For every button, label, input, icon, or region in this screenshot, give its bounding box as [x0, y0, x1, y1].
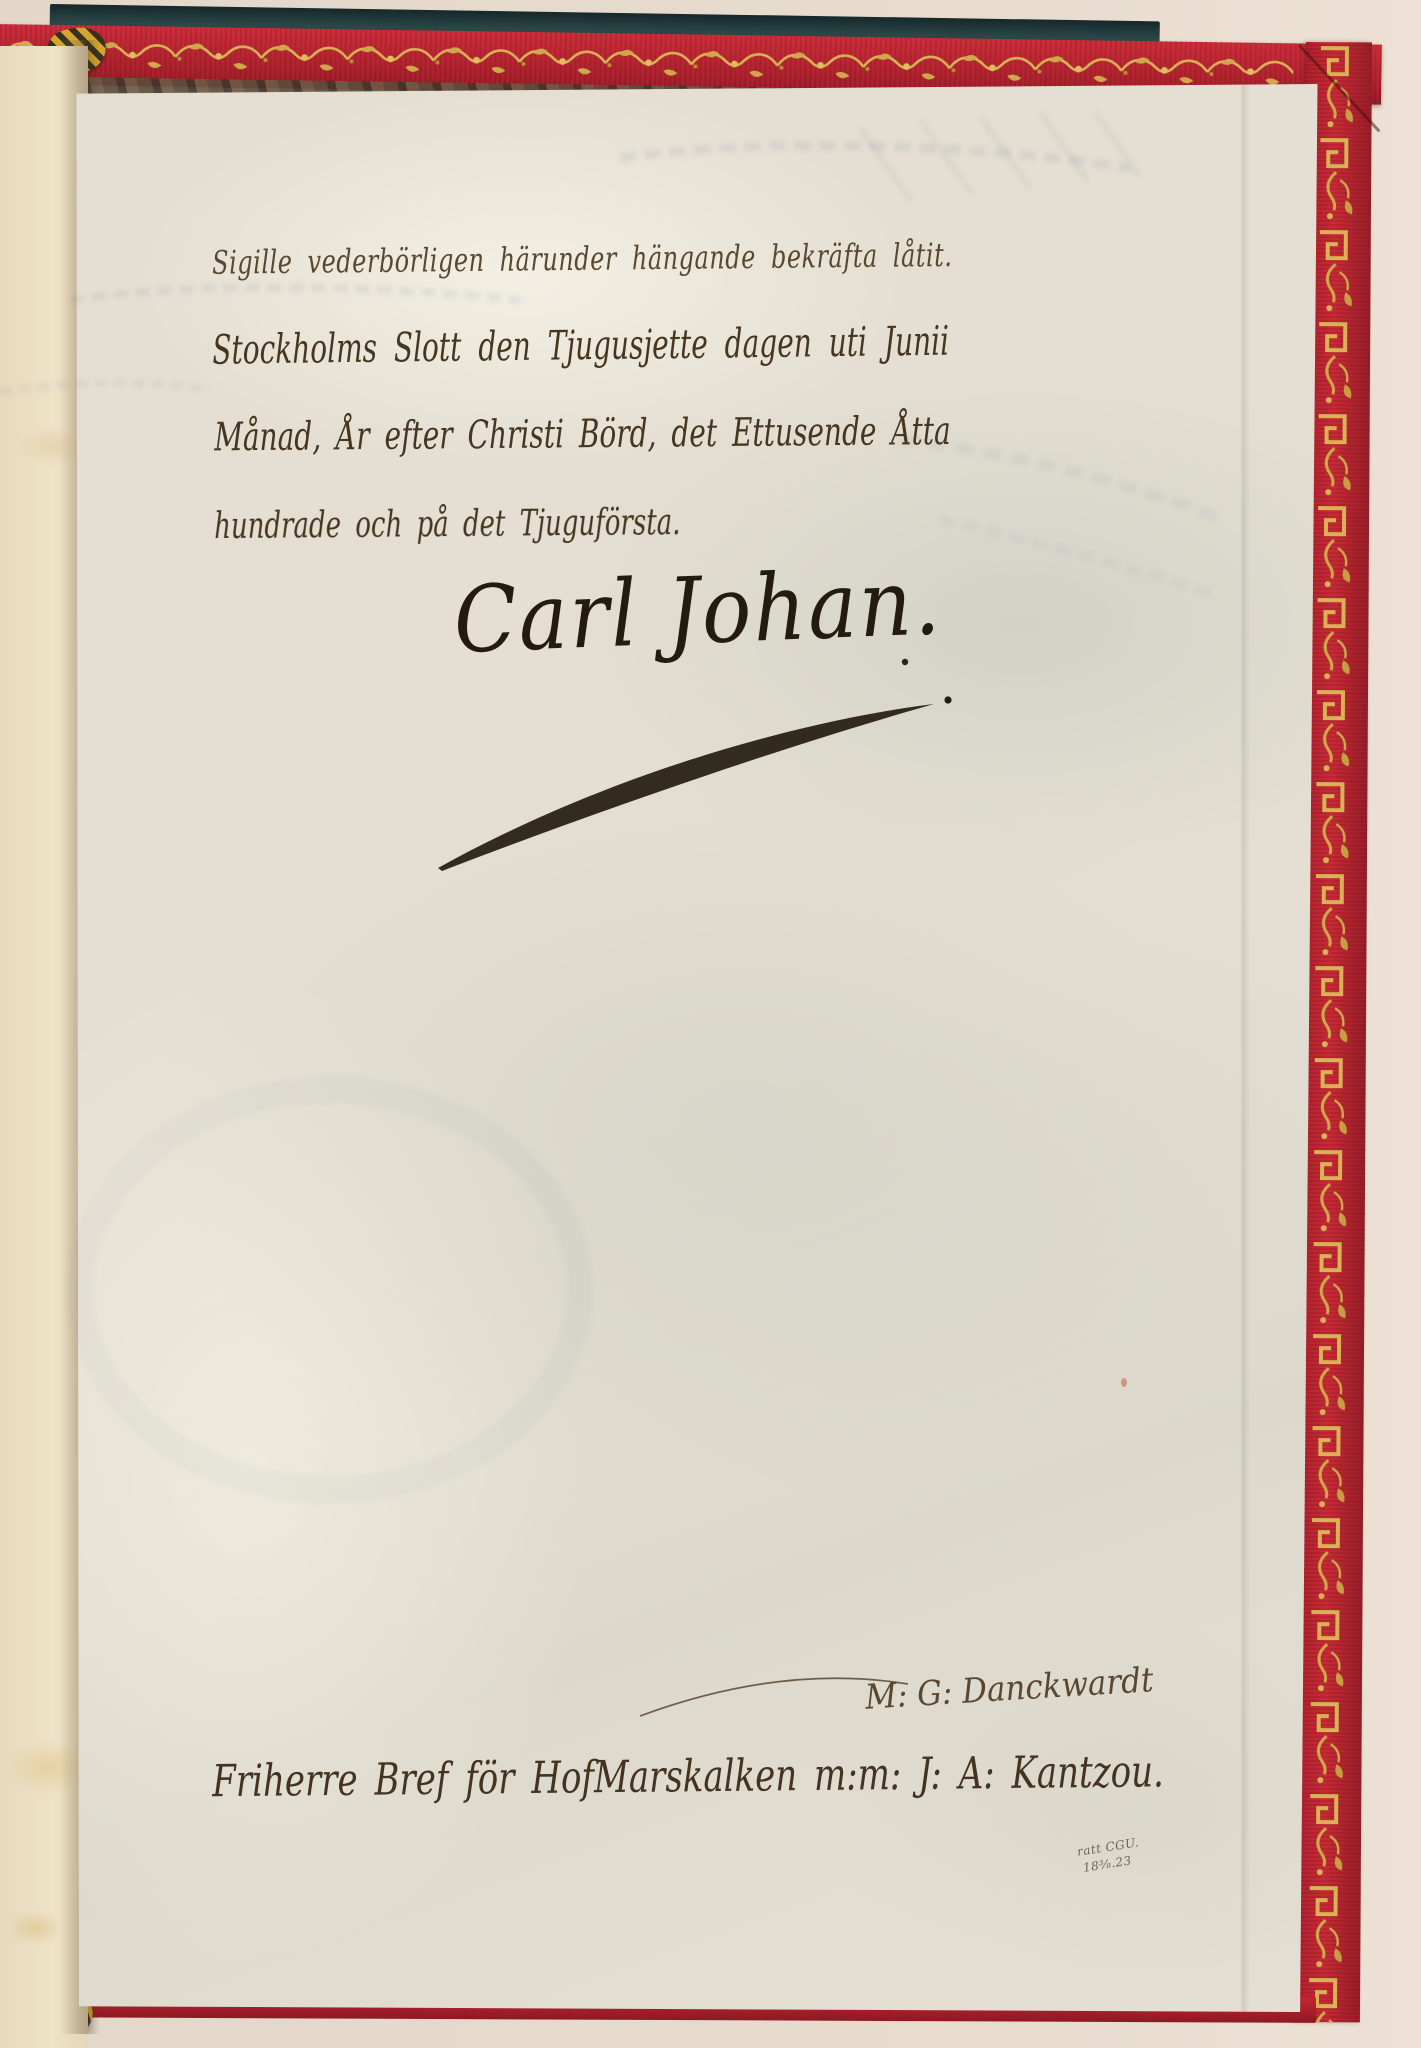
manuscript-line-3: Månad, År efter Christi Börd, det Ettuse…	[214, 408, 951, 461]
manuscript-line-4: hundrade och på det Tjuguförsta.	[214, 502, 681, 548]
docket-line: Friherre Bref för HofMarskalken m:m: J: …	[212, 1746, 1164, 1808]
manuscript-line-1: Sigille vederbörligen härunder hängande …	[212, 236, 953, 282]
scanned-book-page: Sigille vederbörligen härunder hängande …	[0, 0, 1421, 2048]
royal-signature: Carl Johan.	[452, 549, 944, 674]
ink-stain	[1121, 1378, 1127, 1387]
manuscript-line-2: Stockholms Slott den Tjugusjette dagen u…	[212, 317, 949, 374]
